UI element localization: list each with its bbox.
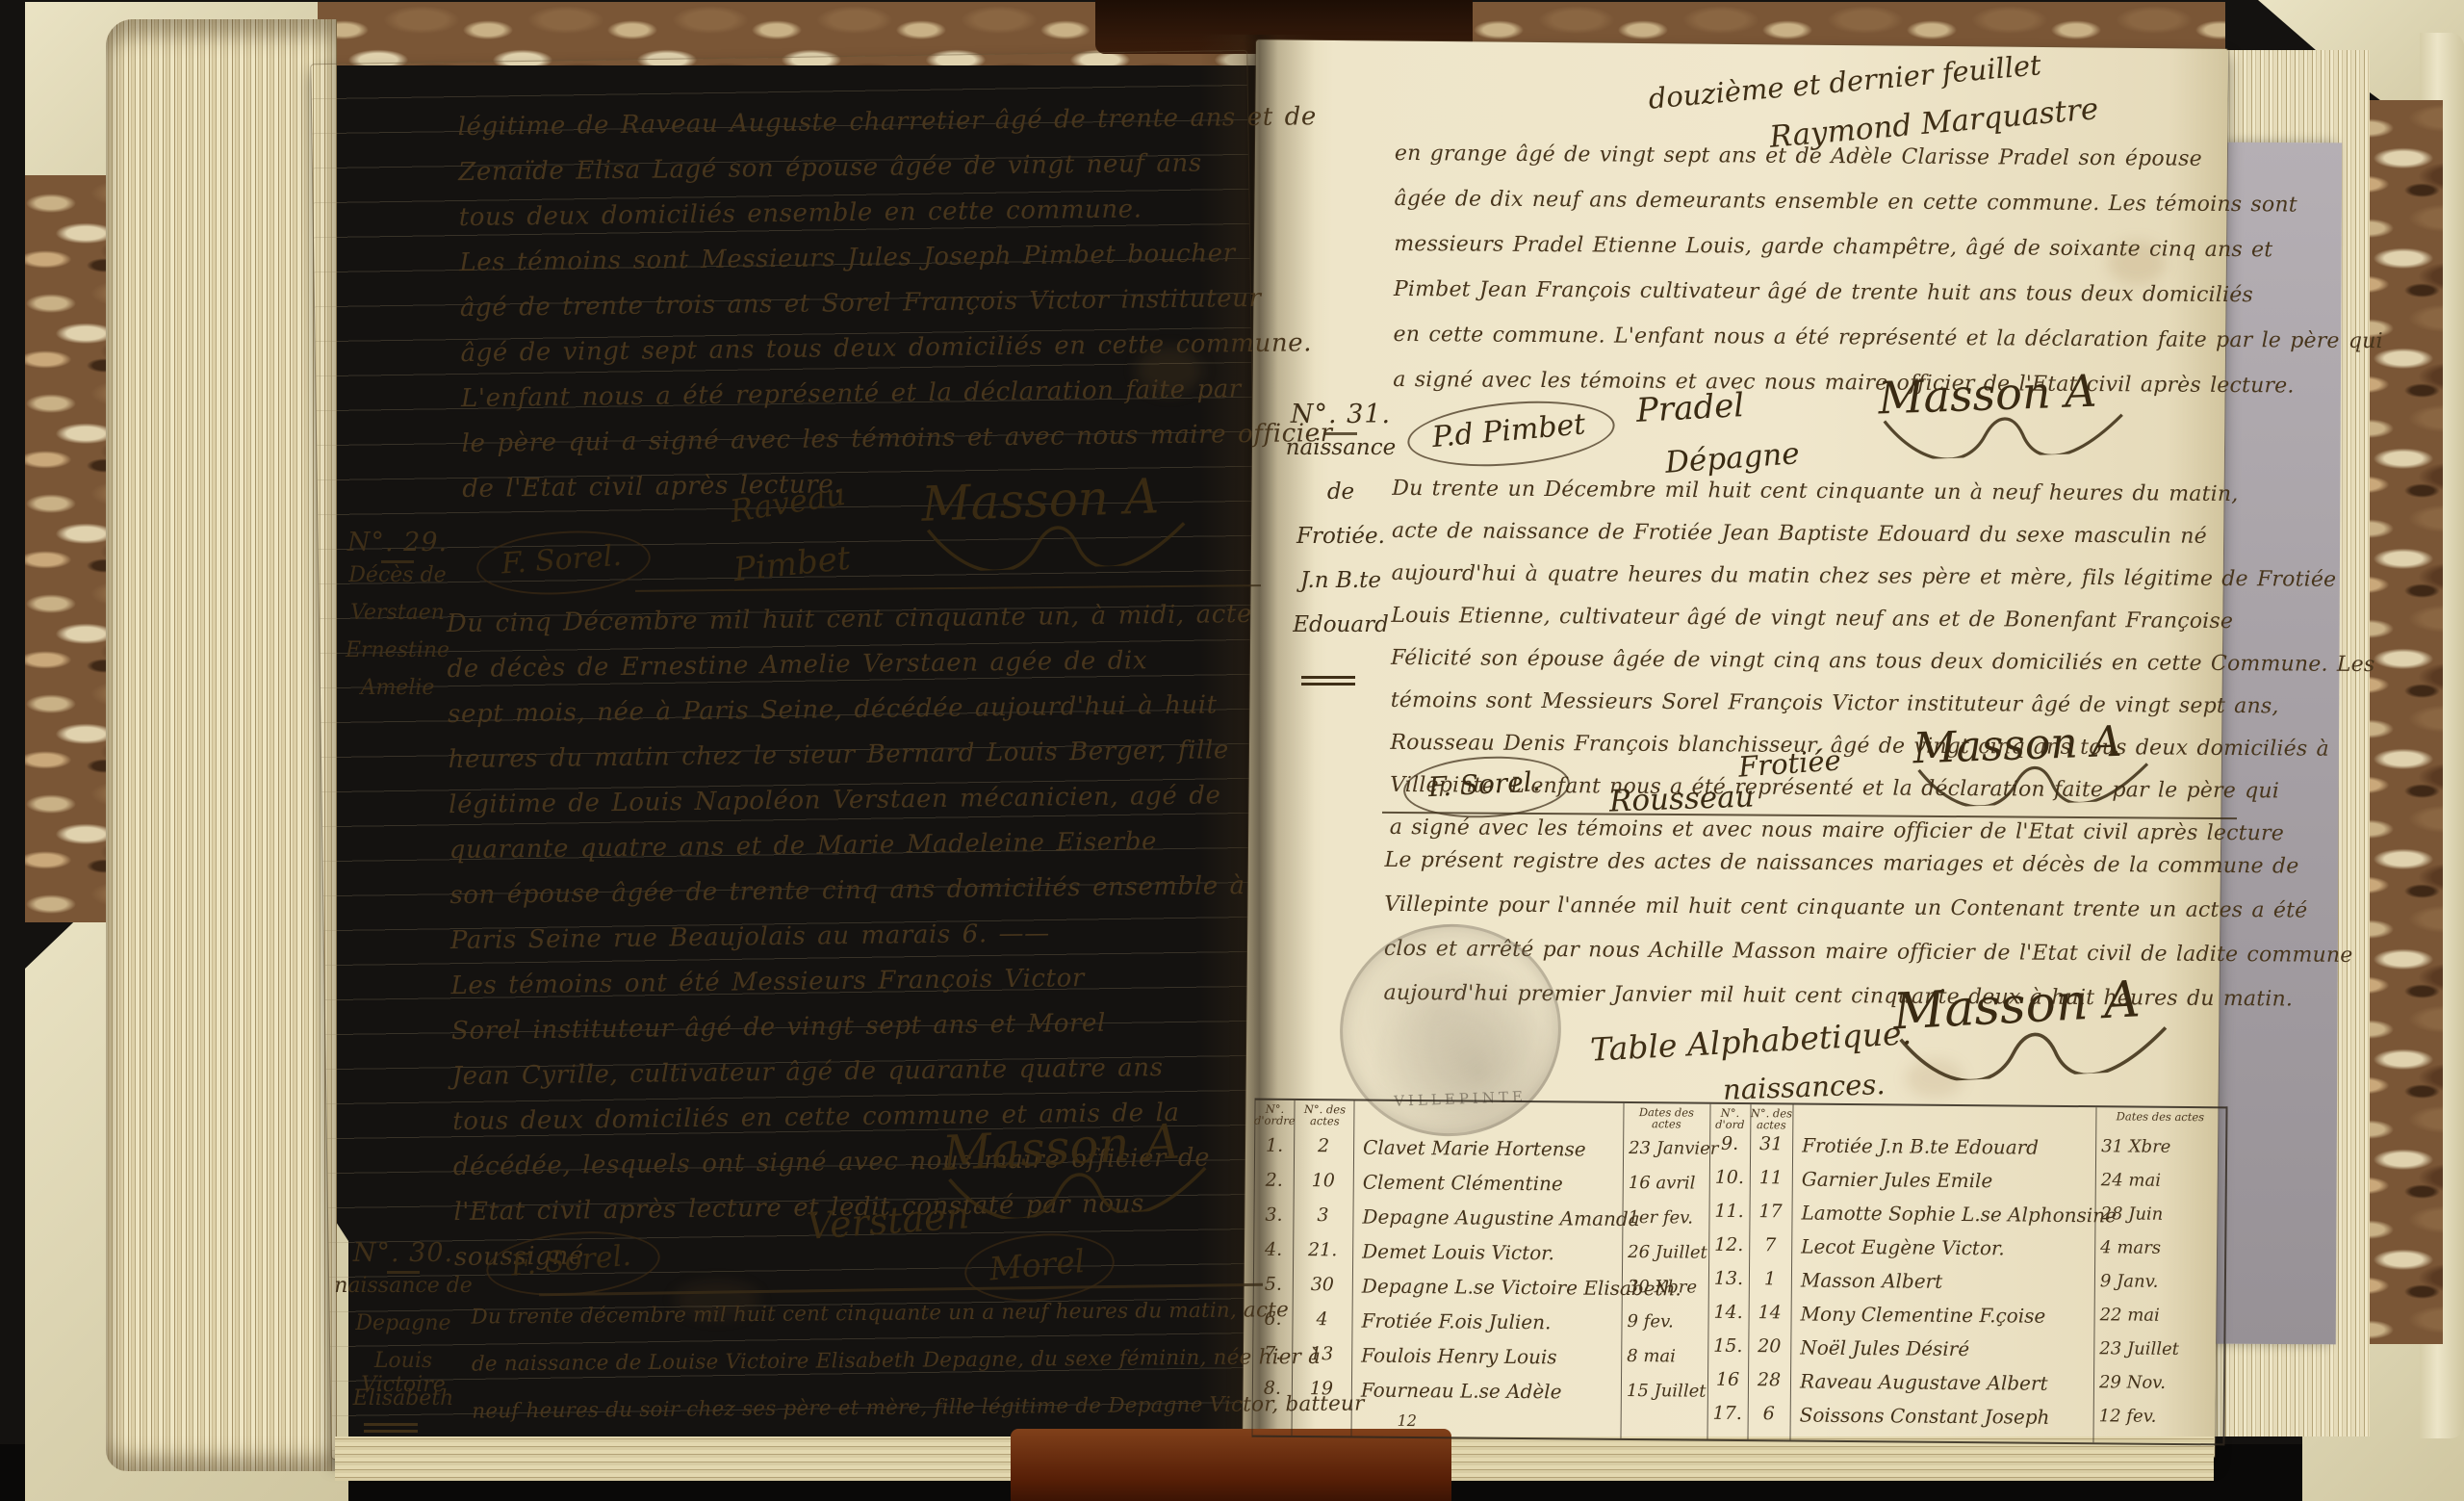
act-29-margin-lines: Décès deVerstaenErnestineAmelie [335, 563, 460, 713]
table-cell-acte: 17 [1749, 1201, 1791, 1222]
table-cell-name: Noël Jules Désiré [1790, 1335, 2093, 1361]
table-row: 12.7Lecot Eugène Victor.4 mars [1708, 1234, 2224, 1273]
table-row: 15.20Noël Jules Désiré23 Juillet [1707, 1335, 2223, 1374]
act-30-paragraph: Du trente décembre mil huit cent cinquan… [471, 1298, 1261, 1446]
signature-flourish-icon [922, 509, 1193, 573]
header-date-left: Dates des actes [1625, 1106, 1707, 1130]
text-line: naissance [1278, 435, 1403, 479]
table-cell-acte: 21. [1293, 1239, 1352, 1261]
table-group-2: 9.31Frotiée J.n B.te Edouard31 Xbre10.11… [1707, 1133, 2226, 1441]
act-31-margin-note: N°. 31. naissancedeFrotiée.J.n B.teEdoua… [1278, 400, 1403, 657]
text-line: aujourd'hui à quatre heures du matin che… [1391, 561, 2238, 609]
table-cell-order: 2. [1255, 1170, 1294, 1191]
text-line: Villepinte pour l'année mil huit cent ci… [1384, 893, 2241, 943]
table-cell-acte: 10 [1294, 1170, 1353, 1192]
table-cell-order: 9. [1709, 1133, 1750, 1154]
table-cell-date: 24 mai [2095, 1170, 2225, 1191]
table-row: 3.3Depagne Augustine Amanda1er fev. [1254, 1204, 1708, 1243]
table-row: 2.10Clement Clémentine16 avril [1255, 1170, 1709, 1208]
table-cell-date: 9 Janv. [2094, 1271, 2224, 1292]
signature-flourish-icon [1879, 401, 2131, 460]
text-line: Edouard [1278, 612, 1403, 657]
act-31-number: N°. 31. [1278, 400, 1403, 435]
text-line: Pimbet Jean François cultivateur âgé de … [1394, 277, 2231, 328]
table-cell-acte: 20 [1748, 1335, 1790, 1357]
text-line: de [1278, 479, 1403, 524]
text-line: âgée de dix neuf ans demeurants ensemble… [1394, 187, 2231, 238]
table-row: 13.1Masson Albert9 Janv. [1708, 1268, 2224, 1307]
table-cell-order: 5. [1254, 1274, 1293, 1295]
table-cell-date: 29 Nov. [2093, 1372, 2223, 1393]
table-cell-acte: 13 [1292, 1343, 1351, 1365]
double-rule-mark [364, 1423, 418, 1433]
table-cell-name: Foulois Henry Louis [1351, 1343, 1621, 1368]
page-stack-left [106, 19, 337, 1471]
table-cell-name: Soissons Constant Joseph [1790, 1403, 2093, 1429]
table-cell-acte: 28 [1748, 1369, 1790, 1390]
act-29-number: N°. 29. [335, 528, 460, 563]
table-cell-name: Mony Clementine F.çoise [1791, 1302, 2094, 1328]
table-cell-order: 16 [1707, 1369, 1748, 1390]
table-cell-order: 10. [1709, 1167, 1750, 1188]
table-cell-date: 26 Juillet [1622, 1242, 1708, 1263]
table-cell-acte: 6 [1748, 1403, 1790, 1424]
table-footnote: 12 [1398, 1411, 1418, 1430]
double-rule-mark [1301, 676, 1355, 686]
table-cell-order: 14. [1708, 1302, 1749, 1323]
header-date-right: Dates des actes [2098, 1110, 2221, 1123]
signature-masson: Masson A [920, 467, 1193, 573]
table-cell-name: Masson Albert [1791, 1268, 2094, 1294]
table-cell-date: 28 Juin [2094, 1203, 2224, 1225]
table-cell-date: 23 Juillet [2093, 1338, 2223, 1359]
table-cell-order: 11. [1708, 1201, 1749, 1222]
table-cell-name: Lecot Eugène Victor. [1791, 1234, 2094, 1260]
table-cell-order: 7. [1253, 1343, 1292, 1364]
table-cell-date: 9 fev. [1621, 1311, 1707, 1333]
table-cell-acte: 2 [1294, 1135, 1353, 1157]
table-row: 4.21.Demet Louis Victor.26 Juillet [1254, 1239, 1708, 1278]
table-group-1: 1.2Clavet Marie Hortense23 Janvier2.10Cl… [1253, 1135, 1709, 1416]
table-row: 6.4Frotiée F.ois Julien.9 fev. [1253, 1308, 1707, 1347]
signature-pradel: Pradel [1635, 386, 1745, 430]
table-cell-name: Lamotte Sophie L.se Alphonsine [1791, 1201, 2094, 1227]
table-row: 5.30Depagne L.se Victoire Elisabeth.30 X… [1254, 1274, 1708, 1312]
header-acte-right: N°. des actes [1750, 1107, 1792, 1130]
table-cell-order: 17. [1707, 1403, 1748, 1424]
header-acte-left: N°. des actes [1296, 1103, 1353, 1127]
table-cell-order: 12. [1708, 1234, 1749, 1255]
act-31-margin-lines: naissancedeFrotiée.J.n B.teEdouard [1278, 435, 1403, 657]
table-cell-name: Garnier Jules Emile [1792, 1167, 2095, 1193]
text-line: J.n B.te [1278, 568, 1403, 612]
table-cell-date: 30 Xbre [1622, 1277, 1708, 1298]
table-row: 17.6Soissons Constant Joseph12 fev. [1707, 1403, 2223, 1441]
table-cell-name: Fourneau L.se Adèle [1351, 1378, 1621, 1403]
table-cell-name: Frotiée J.n B.te Edouard [1792, 1133, 2095, 1159]
text-line: Du trente un Décembre mil huit cent cinq… [1392, 477, 2239, 525]
text-line: Verstaen [335, 601, 460, 638]
table-cell-name: Raveau Augustave Albert [1790, 1369, 2093, 1395]
table-cell-date: 8 mai [1621, 1346, 1707, 1367]
table-cell-date: 1er fev. [1622, 1207, 1708, 1229]
table-row: 1.2Clavet Marie Hortense23 Janvier [1255, 1135, 1709, 1174]
table-cell-acte: 3 [1293, 1204, 1352, 1227]
text-line: Décès de [335, 563, 460, 601]
header-order-right: N°. d'ord [1709, 1107, 1750, 1130]
alphabetical-birth-table: N°. d'ordre N°. des actes Dates des acte… [1251, 1099, 2227, 1446]
table-cell-date: 16 avril [1623, 1173, 1709, 1194]
signature-masson: Masson A [941, 1112, 1216, 1223]
table-cell-date: 12 fev. [2093, 1406, 2223, 1427]
act-30-number: N°. 30. [331, 1238, 475, 1274]
table-cell-name: Frotiée F.ois Julien. [1351, 1308, 1621, 1333]
table-cell-name: Clement Clémentine [1353, 1170, 1623, 1195]
table-cell-acte: 11 [1750, 1167, 1792, 1188]
table-cell-order: 1. [1255, 1135, 1294, 1156]
table-row: 8.19Fourneau L.se Adèle15 Juillet [1253, 1378, 1707, 1416]
text-line: Elisabeth [331, 1386, 475, 1424]
table-cell-acte: 7 [1749, 1234, 1791, 1255]
table-cell-name: Clavet Marie Hortense [1353, 1135, 1623, 1160]
table-row: 14.14Mony Clementine F.çoise22 mai [1707, 1302, 2223, 1340]
register-photo: légitime de Raveau Auguste charretier âg… [0, 0, 2464, 1501]
table-cell-acte: 19 [1292, 1378, 1351, 1400]
header-order-left: N°. d'ordre [1253, 1103, 1296, 1126]
table-cell-date: 23 Janvier [1623, 1138, 1709, 1159]
text-line: de naissance de Louise Victoire Elisabet… [472, 1345, 1261, 1399]
text-line: Louis Etienne, cultivateur âgé de vingt … [1391, 604, 2238, 652]
table-cell-date: 15 Juillet [1621, 1381, 1707, 1402]
text-line: messieurs Pradel Etienne Louis, garde ch… [1394, 232, 2231, 283]
table-cell-order: 15. [1707, 1335, 1748, 1357]
text-line: en grange âgé de vingt sept ans et de Ad… [1395, 142, 2232, 193]
table-subtitle: naissances. [1722, 1068, 1886, 1106]
table-cell-order: 13. [1708, 1268, 1749, 1289]
table-cell-name: Depagne Augustine Amanda [1352, 1204, 1622, 1229]
table-cell-date: 22 mai [2094, 1305, 2224, 1326]
text-line: naissance de [331, 1274, 475, 1311]
act-29-margin-note: N°. 29. Décès deVerstaenErnestineAmelie [335, 528, 460, 713]
table-cell-order: 4. [1254, 1239, 1293, 1260]
table-cell-acte: 14 [1749, 1302, 1791, 1323]
text-line: Du trente décembre mil huit cent cinquan… [471, 1298, 1260, 1352]
act-30-margin-note: N°. 30. naissance deDepagneLouis Victoir… [331, 1238, 475, 1424]
text-line: Amelie [335, 676, 460, 713]
text-line: Le présent registre des actes de naissan… [1384, 848, 2241, 898]
text-line: Depagne [331, 1311, 475, 1349]
act-30-margin-lines: naissance deDepagneLouis VictoireElisabe… [331, 1274, 475, 1424]
text-line: Frotiée. [1278, 524, 1403, 568]
signature-flourish-icon [1913, 752, 2156, 809]
table-cell-order: 3. [1254, 1204, 1293, 1226]
table-cell-acte: 1 [1749, 1268, 1791, 1289]
table-cell-acte: 30 [1293, 1274, 1352, 1296]
signature-masson: Masson A [1891, 969, 2175, 1083]
table-cell-acte: 31 [1750, 1133, 1792, 1154]
table-cell-acte: 4 [1292, 1308, 1351, 1331]
text-line: Louis Victoire [331, 1349, 475, 1386]
table-cell-name: Depagne L.se Victoire Elisabeth. [1352, 1274, 1622, 1299]
table-cell-order: 8. [1253, 1378, 1292, 1399]
signature-masson: Masson A [1877, 363, 2130, 460]
table-row: 10.11Garnier Jules Emile24 mai [1709, 1167, 2225, 1205]
table-cell-date: 4 mars [2094, 1237, 2224, 1258]
table-row: 7.13Foulois Henry Louis8 mai [1253, 1343, 1707, 1382]
table-row: 9.31Frotiée J.n B.te Edouard31 Xbre [1709, 1133, 2225, 1172]
table-row: 11.17Lamotte Sophie L.se Alphonsine28 Ju… [1708, 1201, 2224, 1239]
signature-masson: Masson A [1912, 716, 2156, 809]
table-cell-name: Demet Louis Victor. [1352, 1239, 1622, 1264]
text-line: Félicité son épouse âgée de vingt cinq a… [1391, 646, 2238, 694]
text-line: neuf heures du soir chez ses père et mèr… [472, 1392, 1261, 1446]
text-line: Ernestine [335, 638, 460, 676]
act-28-continuation-paragraph: légitime de Raveau Auguste charretier âg… [457, 103, 1261, 520]
text-line: acte de naissance de Frotiée Jean Baptis… [1392, 519, 2239, 567]
table-cell-date: 31 Xbre [2095, 1136, 2225, 1157]
table-row: 1628Raveau Augustave Albert29 Nov. [1707, 1369, 2223, 1408]
table-cell-order: 6. [1253, 1308, 1292, 1330]
